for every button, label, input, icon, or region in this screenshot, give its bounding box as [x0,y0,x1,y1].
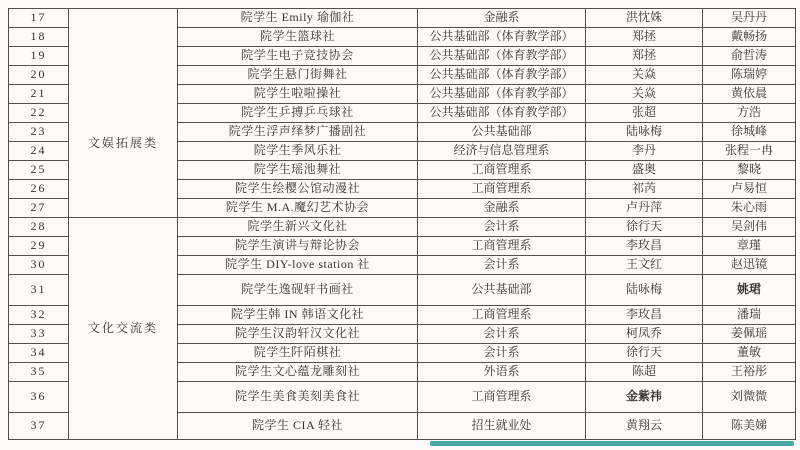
deputy-name-cell: 方浩 [703,104,796,123]
bottom-accent-line [430,441,794,446]
deputy-name-cell: 吴丹丹 [703,9,796,28]
department-cell: 招生就业处 [418,413,586,440]
club-name-cell: 院学生电子竞技协会 [178,47,418,66]
department-cell: 工商管理系 [418,306,586,325]
leader-name-cell: 陈超 [586,363,703,382]
row-number-cell: 33 [9,325,69,344]
deputy-name-cell: 姜佩瑶 [703,325,796,344]
leader-name-cell: 洪忱姝 [586,9,703,28]
row-number-cell: 34 [9,344,69,363]
table-row: 28 文化交流类院学生新兴文化社 会计系 徐行天 吴剑伟 [9,218,796,237]
deputy-name-cell: 陈美娣 [703,413,796,440]
leader-name-cell: 祁芮 [586,180,703,199]
club-name-cell: 院学生阡陌棋社 [178,344,418,363]
row-number-cell: 18 [9,28,69,47]
leader-name-cell: 徐行天 [586,218,703,237]
row-number-cell: 19 [9,47,69,66]
row-number-cell: 28 [9,218,69,237]
deputy-name-cell: 董敏 [703,344,796,363]
club-name-cell: 院学生悬门街舞社 [178,66,418,85]
department-cell: 工商管理系 [418,180,586,199]
department-cell: 工商管理系 [418,382,586,413]
club-name-cell: 院学生美食美刻美食社 [178,382,418,413]
department-cell: 外语系 [418,363,586,382]
leader-name-cell: 张超 [586,104,703,123]
club-name-cell: 院学生韩 IN 韩语文化社 [178,306,418,325]
department-cell: 公共基础部（体育教学部） [418,47,586,66]
category-cell: 文娱拓展类 [69,9,178,218]
club-name-cell: 院学生 M.A.魔幻艺术协会 [178,199,418,218]
row-number-cell: 24 [9,142,69,161]
department-cell: 会计系 [418,344,586,363]
leader-name-cell: 陆咏梅 [586,275,703,306]
row-number-cell: 17 [9,9,69,28]
department-cell: 经济与信息管理系 [418,142,586,161]
club-name-cell: 院学生新兴文化社 [178,218,418,237]
leader-name-cell: 郑拯 [586,28,703,47]
leader-name-cell: 盛奥 [586,161,703,180]
leader-name-cell: 关焱 [586,66,703,85]
row-number-cell: 22 [9,104,69,123]
deputy-name-cell: 黄依晨 [703,85,796,104]
deputy-name-cell: 张程一冉 [703,142,796,161]
department-cell: 工商管理系 [418,161,586,180]
leader-name-cell: 陆咏梅 [586,123,703,142]
club-name-cell: 院学生季风乐社 [178,142,418,161]
row-number-cell: 21 [9,85,69,104]
row-number-cell: 26 [9,180,69,199]
club-name-cell: 院学生啦啦操社 [178,85,418,104]
deputy-name-cell: 王裕彤 [703,363,796,382]
department-cell: 公共基础部 [418,275,586,306]
document-page: 17 文娱拓展类院学生 Emily 瑜伽社 金融系 洪忱姝 吴丹丹 18 院学生… [0,0,800,450]
club-name-cell: 院学生浮声绎梦广播剧社 [178,123,418,142]
leader-name-cell: 李丹 [586,142,703,161]
club-name-cell: 院学生 CIA 轻社 [178,413,418,440]
deputy-name-cell: 朱心雨 [703,199,796,218]
leader-name-cell: 关焱 [586,85,703,104]
deputy-name-cell: 卢易恒 [703,180,796,199]
deputy-name-cell: 徐城峰 [703,123,796,142]
table-row: 17 文娱拓展类院学生 Emily 瑜伽社 金融系 洪忱姝 吴丹丹 [9,9,796,28]
row-number-cell: 20 [9,66,69,85]
deputy-name-cell: 陈瑞婷 [703,66,796,85]
leader-name-cell: 李玫昌 [586,306,703,325]
deputy-name-cell: 刘微微 [703,382,796,413]
club-name-cell: 院学生绘樱公馆动漫社 [178,180,418,199]
club-name-cell: 院学生汉韵轩汉文化社 [178,325,418,344]
leader-name-cell: 黄翔云 [586,413,703,440]
row-number-cell: 32 [9,306,69,325]
row-number-cell: 23 [9,123,69,142]
department-cell: 金融系 [418,9,586,28]
leader-name-cell: 卢丹萍 [586,199,703,218]
deputy-name-cell: 俞哲涛 [703,47,796,66]
department-cell: 会计系 [418,218,586,237]
department-cell: 金融系 [418,199,586,218]
club-name-cell: 院学生瑶池舞社 [178,161,418,180]
leader-name-cell: 王文红 [586,256,703,275]
student-clubs-table: 17 文娱拓展类院学生 Emily 瑜伽社 金融系 洪忱姝 吴丹丹 18 院学生… [8,8,796,440]
row-number-cell: 27 [9,199,69,218]
leader-name-cell: 李玫昌 [586,237,703,256]
deputy-name-cell: 姚珺 [703,275,796,306]
department-cell: 工商管理系 [418,237,586,256]
leader-name-cell: 郑拯 [586,47,703,66]
deputy-name-cell: 章瑾 [703,237,796,256]
club-name-cell: 院学生 Emily 瑜伽社 [178,9,418,28]
department-cell: 会计系 [418,325,586,344]
deputy-name-cell: 潘瑞 [703,306,796,325]
row-number-cell: 31 [9,275,69,306]
row-number-cell: 36 [9,382,69,413]
leader-name-cell: 金紫祎 [586,382,703,413]
club-name-cell: 院学生 DIY-love station 社 [178,256,418,275]
deputy-name-cell: 赵迅镜 [703,256,796,275]
club-name-cell: 院学生文心蕴龙雕刻社 [178,363,418,382]
department-cell: 会计系 [418,256,586,275]
club-name-cell: 院学生逸砚轩书画社 [178,275,418,306]
deputy-name-cell: 黎晓 [703,161,796,180]
department-cell: 公共基础部（体育教学部） [418,85,586,104]
row-number-cell: 29 [9,237,69,256]
category-cell: 文化交流类 [69,218,178,440]
club-name-cell: 院学生乒搏乒乓球社 [178,104,418,123]
row-number-cell: 37 [9,413,69,440]
deputy-name-cell: 戴畅扬 [703,28,796,47]
department-cell: 公共基础部（体育教学部） [418,104,586,123]
club-name-cell: 院学生演讲与辩论协会 [178,237,418,256]
table-body: 17 文娱拓展类院学生 Emily 瑜伽社 金融系 洪忱姝 吴丹丹 18 院学生… [9,9,796,440]
department-cell: 公共基础部（体育教学部） [418,66,586,85]
department-cell: 公共基础部（体育教学部） [418,28,586,47]
row-number-cell: 35 [9,363,69,382]
row-number-cell: 25 [9,161,69,180]
leader-name-cell: 柯凤乔 [586,325,703,344]
row-number-cell: 30 [9,256,69,275]
leader-name-cell: 徐行天 [586,344,703,363]
club-name-cell: 院学生篮球社 [178,28,418,47]
deputy-name-cell: 吴剑伟 [703,218,796,237]
department-cell: 公共基础部 [418,123,586,142]
